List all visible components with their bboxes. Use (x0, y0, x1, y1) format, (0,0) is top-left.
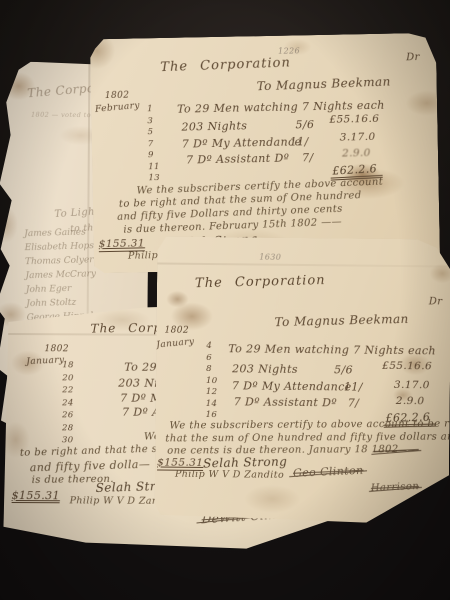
date-day: 3 (147, 116, 159, 128)
name-entry: James McCrary (25, 267, 106, 283)
debit-abbreviation: Dr (429, 297, 443, 307)
amount: 3.17.0 (340, 132, 376, 143)
date-day: 24 (62, 397, 74, 410)
certification-line: We the subscribers certify to above acco… (169, 419, 450, 431)
pencil-catalog-number: 1630 (259, 254, 281, 262)
rate: 7/ (348, 397, 360, 408)
date-year: 1802 (105, 92, 130, 101)
rate: 11/ (290, 136, 309, 147)
date-day-column: 4 6 8 10 12 14 16 (206, 341, 218, 422)
date-day: 6 (206, 352, 218, 364)
account-line: 203 Nights (232, 363, 298, 375)
account-line: 7 Dº My Attendance (232, 380, 352, 392)
rate: 5/6 (334, 364, 353, 375)
account-line-partial: 7 Dº A (122, 407, 160, 418)
rate: 11/ (344, 381, 363, 392)
certification-line: to be right and that the su— (20, 444, 175, 459)
amount: 2.9.0 (396, 396, 425, 407)
date-day-column: 1 3 5 7 9 11 13 (147, 104, 160, 185)
date-day: 5 (147, 127, 159, 139)
date-day: 20 (62, 372, 74, 385)
date-month: January (156, 338, 195, 351)
amount: 2.9.0 (342, 148, 371, 159)
account-line: 203 Nights (181, 120, 247, 132)
date-day-column: 18 20 22 24 26 28 30 (62, 359, 74, 447)
date-day: 12 (206, 387, 218, 399)
rate: 7/ (302, 152, 314, 163)
date-month: January (26, 356, 65, 367)
debit-abbreviation: Dr (406, 53, 420, 63)
payee-line: To Magnus Beekman (257, 75, 391, 92)
account-line-partial: 7 Dº M (120, 393, 162, 404)
date-day: 14 (206, 398, 218, 410)
date-day: 9 (148, 150, 160, 162)
account-line: 7 Dº Assistant Dº (234, 396, 337, 408)
amount-due: $155.31 (12, 490, 60, 503)
signature: Philip W V D Zandito (175, 470, 284, 481)
date-day: 18 (62, 359, 74, 372)
date-month: February (95, 102, 141, 115)
corporation-header: The Corporation (195, 274, 326, 290)
date-day: 22 (62, 384, 74, 397)
date-year: 1802 (44, 345, 69, 354)
date-day: 7 (148, 139, 160, 151)
rate: 5/6 (295, 119, 314, 130)
document-top-february-1-13: 1226 Dr The Corporation To Magnus Beekma… (90, 33, 440, 274)
amount: £55.16.6 (382, 361, 432, 372)
fold-crease (157, 262, 450, 267)
amount: £55.16.6 (329, 114, 379, 125)
struck-text: ———— (373, 444, 419, 457)
struck-signature: Geo Clinton (293, 465, 364, 479)
amount: 3.17.0 (394, 380, 430, 391)
date-day: 28 (62, 422, 74, 435)
payee-line: To Magnus Beekman (274, 313, 408, 328)
date-day: 1 (147, 104, 159, 116)
corporation-header: The Corporation (160, 56, 291, 74)
account-line: To 29 Men watching 7 Nights each (228, 343, 436, 356)
signature: Selah Strong (203, 455, 287, 469)
date-day: 26 (62, 409, 74, 422)
photo-of-historical-documents: The Corpora 1802 — voted to the — To Lig… (0, 0, 450, 600)
account-line: 7 Dº My Attendance (182, 136, 302, 149)
date-day: 8 (206, 364, 218, 376)
struck-signature: Harrison (371, 482, 420, 494)
date-day: 13 (148, 173, 160, 185)
date-day: 4 (206, 341, 218, 353)
document-right-january-4-16: 1630 The Corporation Dr To Magnus Beekma… (155, 236, 450, 523)
certification-line: and fifty five dolla— (30, 459, 151, 474)
date-day: 10 (206, 375, 218, 387)
date-day: 11 (148, 162, 160, 174)
account-line: 7 Dº Assistant Dº (186, 153, 289, 166)
date-year: 1802 (164, 327, 189, 336)
date-day: 30 (62, 434, 74, 447)
